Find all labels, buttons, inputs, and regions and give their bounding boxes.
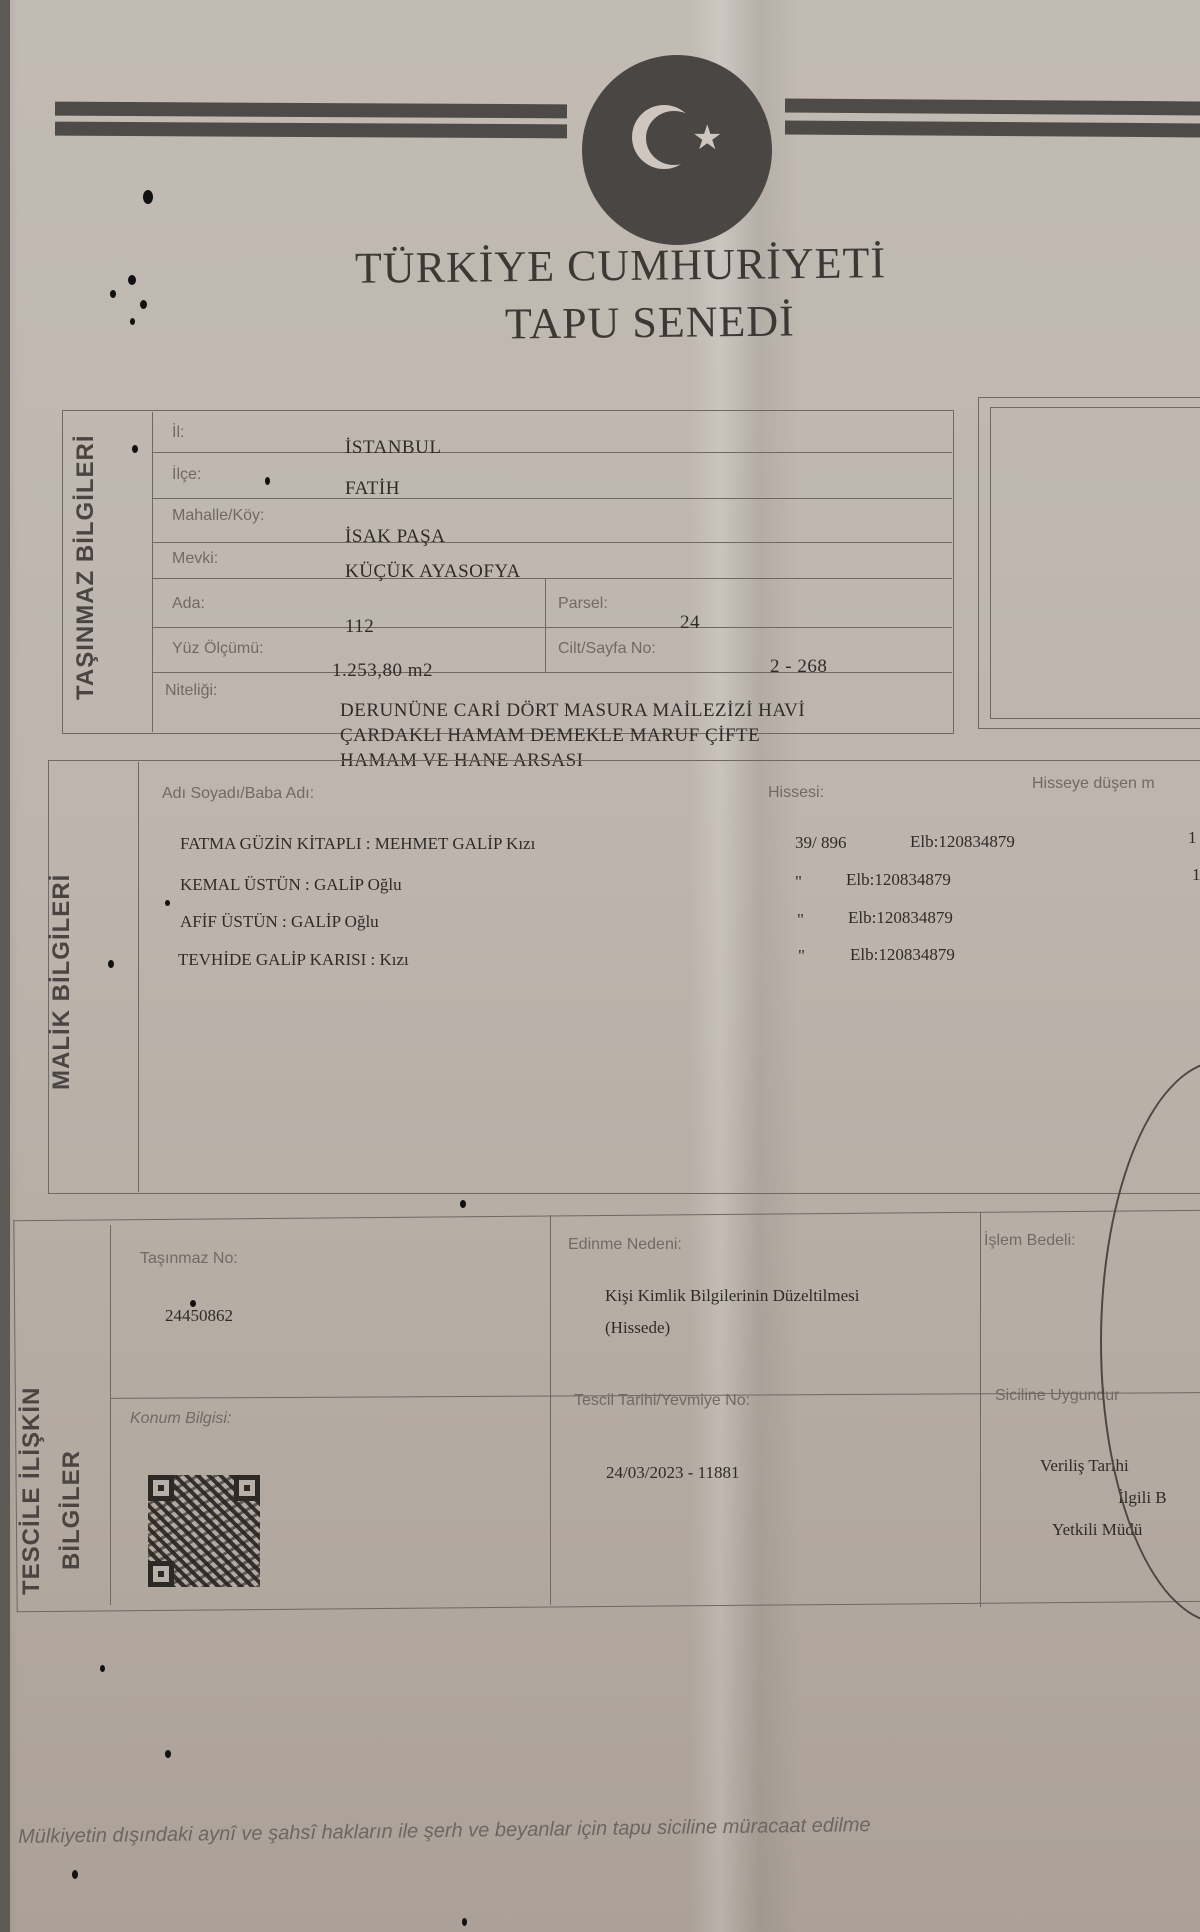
ada-label: Ada: — [172, 595, 205, 613]
mevki-label: Mevki: — [172, 550, 218, 568]
owner-name-column-label: Adı Soyadı/Baba Adı: — [162, 785, 314, 803]
share-column-label: Hissesi: — [768, 784, 824, 802]
owner-share: 39/ 896 — [795, 833, 846, 853]
owner-ref: Elb:120834879 — [850, 945, 955, 965]
owner-name: KEMAL ÜSTÜN : GALİP Oğlu — [180, 875, 402, 895]
islem-bedeli-label: İşlem Bedeli: — [984, 1232, 1076, 1250]
yuzolcumu-value: 1.253,80 m2 — [332, 660, 433, 682]
owner-name: AFİF ÜSTÜN : GALİP Oğlu — [180, 912, 379, 932]
ilce-label: İlçe: — [172, 466, 201, 484]
malik-section-label: MALİK BİLGİLERİ — [48, 874, 76, 1090]
crescent-star-emblem-icon: ★ — [582, 55, 772, 245]
owner-share: " — [797, 910, 804, 930]
owner-share-area: 1 — [1192, 865, 1200, 885]
owner-name: FATMA GÜZİN KİTAPLI : MEHMET GALİP Kızı — [180, 834, 535, 854]
star-icon: ★ — [692, 121, 722, 155]
tasinmaz-no-value: 24450862 — [165, 1306, 233, 1326]
mahalle-value: İSAK PAŞA — [345, 526, 445, 548]
photo-frame-inner — [990, 407, 1200, 719]
edinme-nedeni-label: Edinme Nedeni: — [568, 1236, 682, 1254]
header-stripe — [55, 122, 567, 139]
il-label: İl: — [172, 424, 184, 442]
parsel-label: Parsel: — [558, 595, 608, 613]
tasinmaz-section-label: TAŞINMAZ BİLGİLERİ — [72, 434, 100, 700]
document-subtitle: TAPU SENEDİ — [505, 295, 795, 349]
niteligi-line: DERUNÜNE CARİ DÖRT MASURA MAİLEZİZİ HAVİ — [340, 700, 805, 722]
niteligi-label: Niteliği: — [165, 682, 217, 700]
edinme-nedeni-value: Kişi Kimlik Bilgilerinin Düzeltilmesi — [605, 1286, 860, 1306]
ilce-value: FATİH — [345, 478, 400, 500]
location-qr-code[interactable] — [148, 1475, 260, 1587]
tescil-tarihi-value: 24/03/2023 - 11881 — [606, 1463, 739, 1483]
owner-share: " — [795, 872, 802, 892]
document-title: TÜRKİYE CUMHURİYETİ — [355, 237, 887, 294]
owner-ref: Elb:120834879 — [846, 870, 951, 890]
mahalle-label: Mahalle/Köy: — [172, 507, 265, 525]
tescil-section-label: TESCİLE İLİŞKİN — [18, 1387, 46, 1595]
malik-section — [48, 760, 1200, 1194]
header-stripe — [785, 121, 1200, 138]
konum-label: Konum Bilgisi: — [130, 1410, 231, 1428]
tescil-tarihi-label: Tescil Tarihi/Yevmiye No: — [574, 1392, 750, 1410]
tasinmaz-no-label: Taşınmaz No: — [140, 1250, 238, 1268]
il-value: İSTANBUL — [345, 437, 441, 459]
owner-share-area: 1 — [1188, 828, 1197, 848]
share-area-column-label: Hisseye düşen m — [1032, 775, 1155, 793]
page-edge — [0, 0, 10, 1932]
niteligi-line: ÇARDAKLI HAMAM DEMEKLE MARUF ÇİFTE — [340, 725, 760, 747]
owner-ref: Elb:120834879 — [910, 832, 1015, 852]
owner-share: " — [798, 946, 805, 966]
parsel-value: 24 — [680, 612, 700, 634]
edinme-nedeni-value-2: (Hissede) — [605, 1318, 670, 1338]
mevki-value: KÜÇÜK AYASOFYA — [345, 561, 521, 583]
ada-value: 112 — [345, 616, 374, 638]
header-stripe — [55, 102, 567, 119]
owner-name: TEVHİDE GALİP KARISI : Kızı — [178, 950, 409, 970]
cilt-sayfa-value: 2 - 268 — [770, 656, 827, 678]
tescil-section-label-2: BİLGİLER — [58, 1450, 86, 1570]
cilt-sayfa-label: Cilt/Sayfa No: — [558, 640, 656, 658]
owner-ref: Elb:120834879 — [848, 908, 953, 928]
header-stripe — [785, 99, 1200, 116]
yuzolcumu-label: Yüz Ölçümü: — [172, 640, 264, 658]
